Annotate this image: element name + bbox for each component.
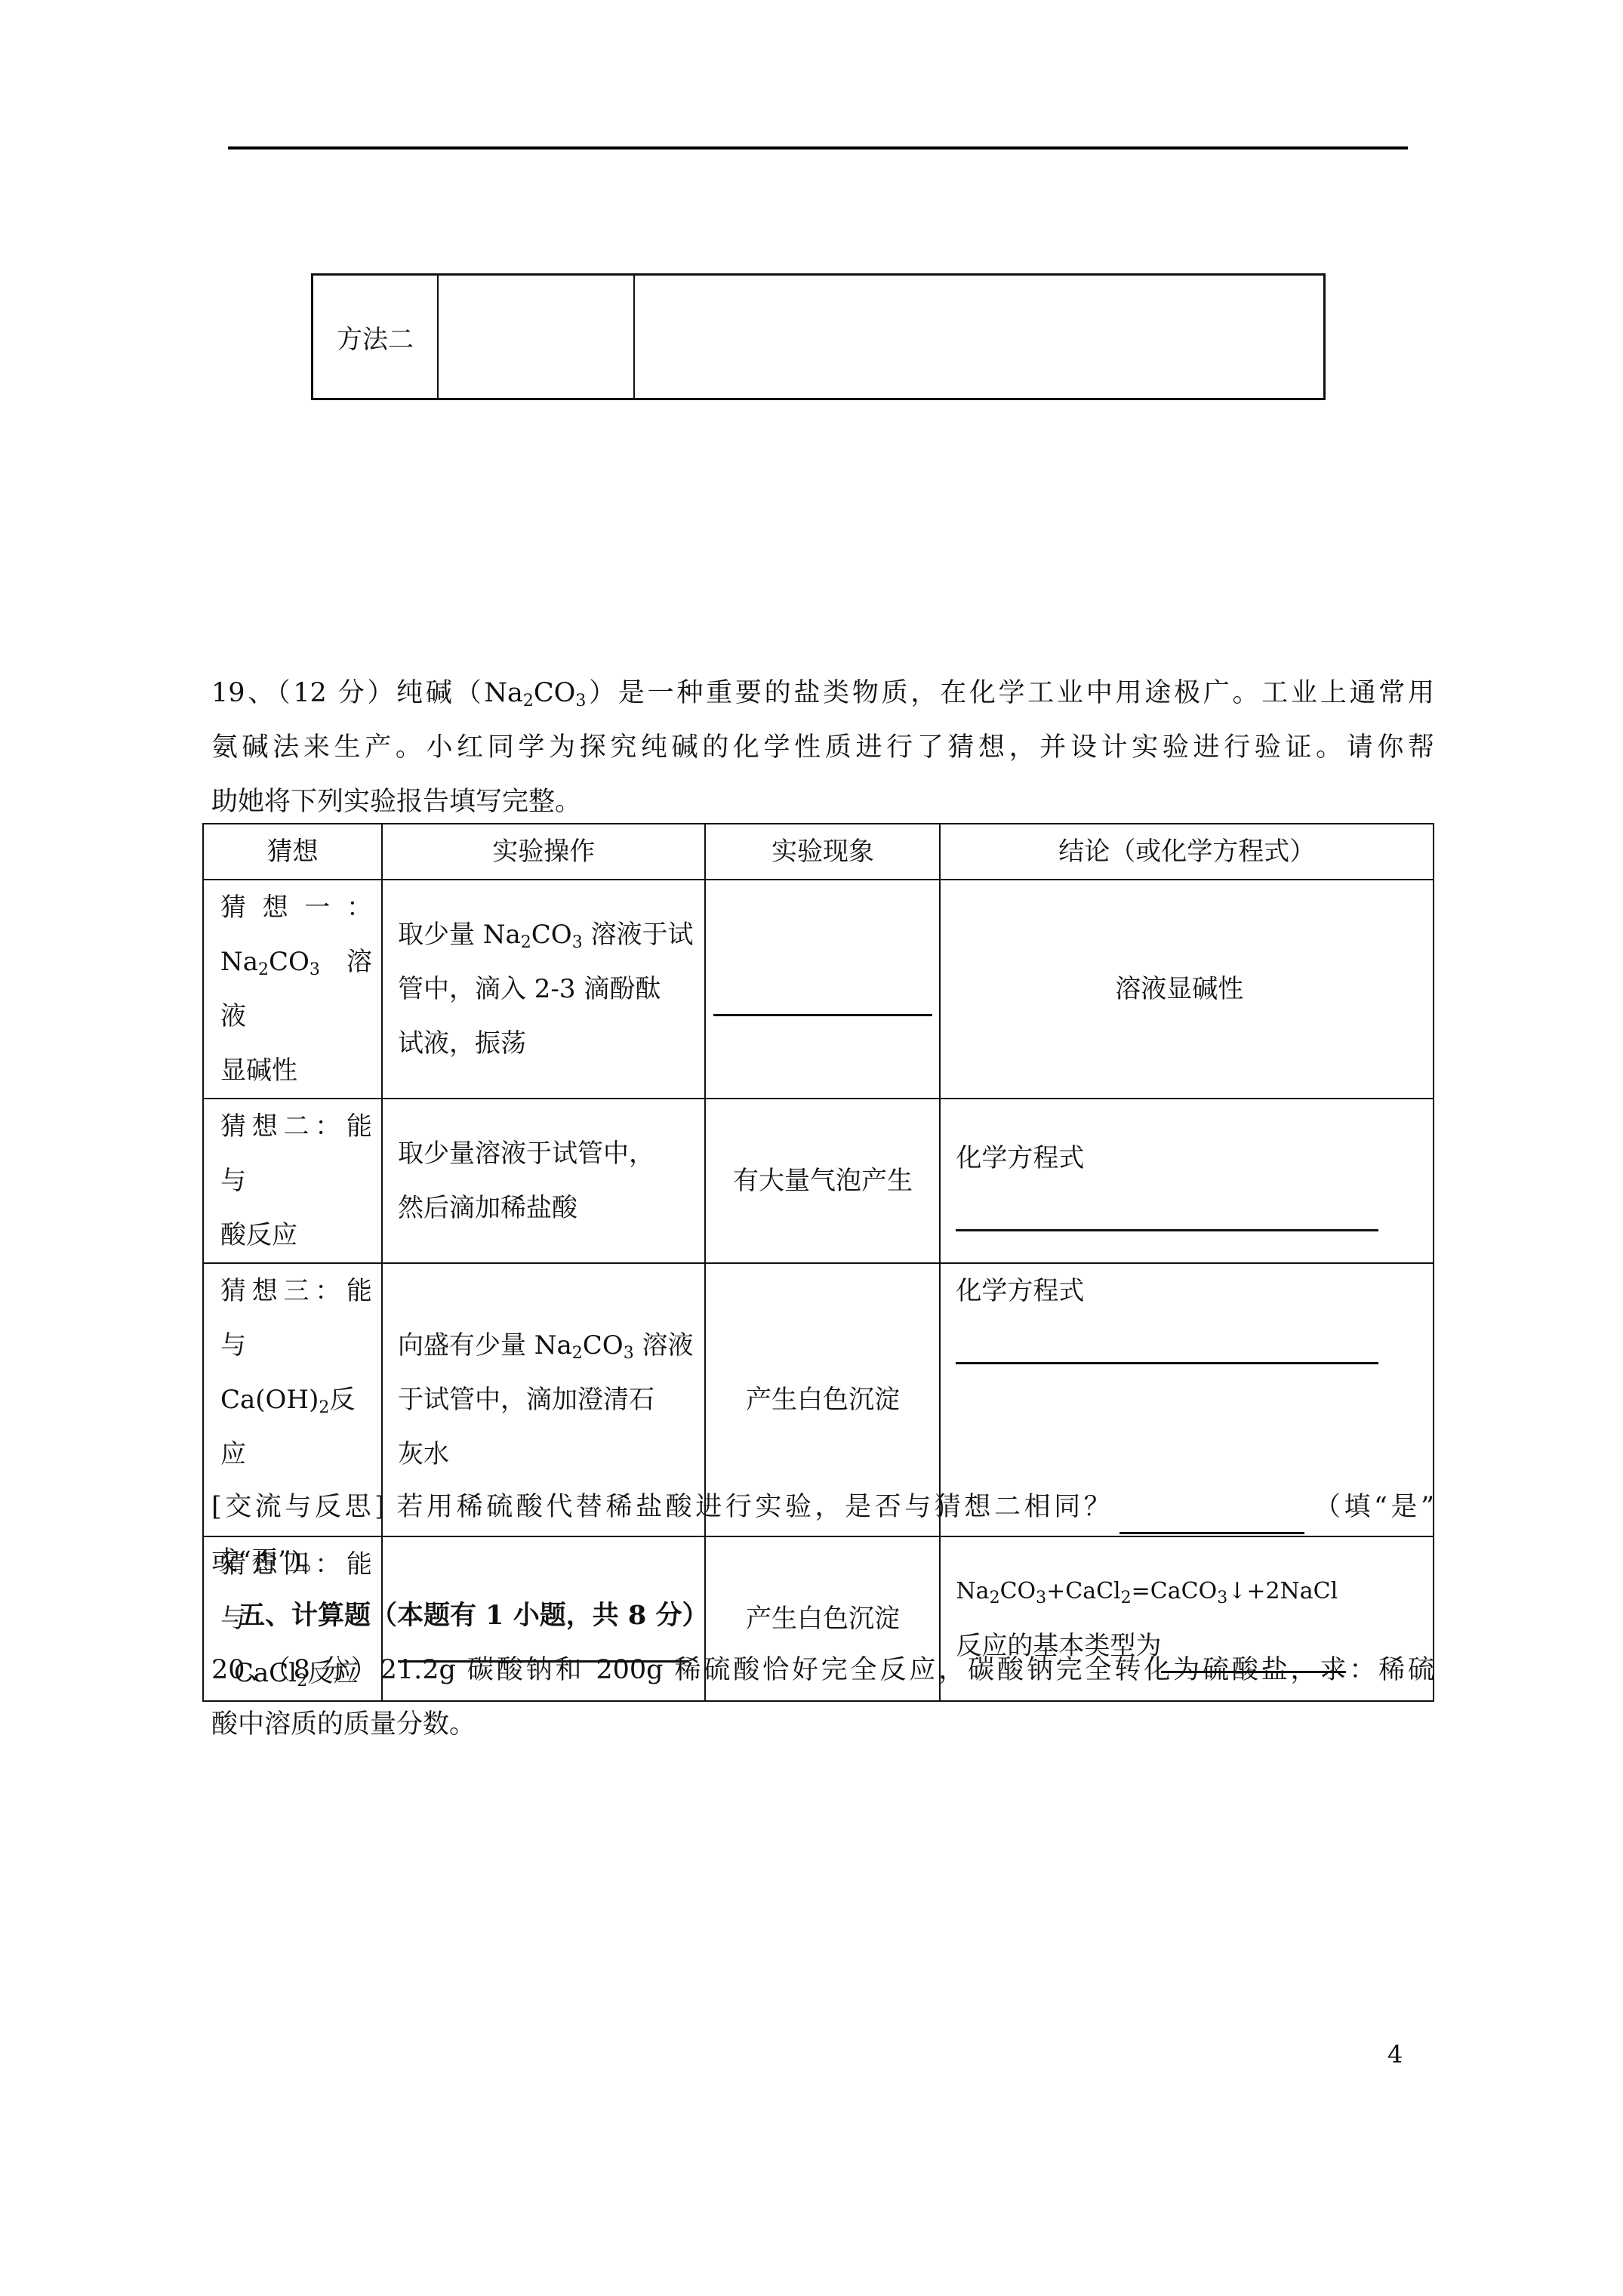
method-cell-1[interactable] [438,275,634,399]
header-operation: 实验操作 [382,824,706,880]
subscript: 3 [310,960,320,979]
text: CO [531,920,572,950]
question-19: 19、（12 分）纯碱（Na2CO3）是一种重要的盐类物质，在化学工业中用途极广… [211,666,1434,829]
subscript: 2 [572,1344,583,1363]
method-cell-2[interactable] [634,275,1325,399]
text: Ca(OH) [220,1385,319,1415]
header-phenomenon: 实验现象 [705,824,940,880]
phenomenon-1 [705,880,940,1099]
text: Na [220,947,258,977]
q19-line-3: 助她将下列实验报告填写完整。 [211,775,1434,829]
table-row: 猜想二：能与 酸反应 取少量溶液于试管中， 然后滴加稀盐酸 有大量气泡产生 化学… [203,1099,1434,1263]
equation-label: 化学方程式 [956,1264,1403,1318]
equation-3-answer-blank[interactable] [956,1318,1378,1364]
q19-line-2: 氨碱法来生产。小红同学为探究纯碱的化学性质进行了猜想，并设计实验进行验证。请你帮 [211,720,1434,775]
conclusion-1: 溶液显碱性 [940,880,1434,1099]
operation-3-line-1: 向盛有少量 Na2CO3 溶液 [398,1318,698,1373]
text: 溶液 [634,1330,694,1361]
subscript: 3 [624,1344,634,1363]
guess-3-line-2: Ca(OH)2反应 [220,1373,372,1481]
text: CO [583,1330,624,1361]
section-5-title: 五、计算题（本题有 1 小题，共 8 分） [239,1589,1461,1643]
method-table: 方法二 [311,273,1326,400]
subscript: 2 [258,960,269,979]
operation-1: 取少量 Na2CO3 溶液于试 管中，滴入 2-3 滴酚酞 试液，振荡 [382,880,706,1099]
guess-1-line-2: Na2CO3 溶 液 [220,935,372,1043]
header-conclusion: 结论（或化学方程式） [940,824,1434,880]
phenomenon-2: 有大量气泡产生 [705,1099,940,1263]
guess-1: 猜 想 一 ： Na2CO3 溶 液 显碱性 [203,880,382,1099]
reflection-text: [交流与反思] 若用稀硫酸代替稀盐酸进行实验，是否与猜想二相同？ [211,1492,1113,1522]
subscript: 3 [575,692,586,710]
text: 向盛有少量 Na [398,1330,572,1361]
subscript: 2 [523,692,534,710]
operation-2: 取少量溶液于试管中， 然后滴加稀盐酸 [382,1099,706,1263]
header-guess: 猜想 [203,824,382,880]
text: 溶液于试 [583,920,694,950]
equation-2-answer-blank[interactable] [956,1185,1378,1231]
equation-label: 化学方程式 [956,1131,1403,1185]
guess-2-line-2: 酸反应 [220,1208,372,1262]
conclusion-2: 化学方程式 [940,1099,1434,1263]
reflection-line-2: 或“否”)。 [211,1534,1434,1589]
operation-3-line-2: 于试管中，滴加澄清石 [398,1373,698,1427]
q20-line-1: 20、（8 分）21.2g 碳酸钠和 200g 稀硫酸恰好完全反应，碳酸钠完全转… [211,1643,1434,1697]
reflection: [交流与反思] 若用稀硫酸代替稀盐酸进行实验，是否与猜想二相同？（填“是” 或“… [211,1480,1434,1589]
header-rule [228,146,1408,149]
q19-text-a: 19、（12 分）纯碱（Na [211,678,523,708]
reflection-hint: （填“是” [1310,1492,1434,1522]
phenomenon-1-answer-blank[interactable] [713,976,932,1016]
q19-line-1: 19、（12 分）纯碱（Na2CO3）是一种重要的盐类物质，在化学工业中用途极广… [211,666,1434,720]
table-row: 猜 想 一 ： Na2CO3 溶 液 显碱性 取少量 Na2CO3 溶液于试 管… [203,880,1434,1099]
guess-1-line-3: 显碱性 [220,1043,372,1098]
operation-3-line-3: 灰水 [398,1427,698,1481]
guess-2-line-1: 猜想二：能与 [220,1099,372,1208]
subscript: 2 [521,933,531,952]
table-row: 方法二 [313,275,1325,399]
operation-1-line-1: 取少量 Na2CO3 溶液于试 [398,908,698,962]
page-number: 4 [1387,2040,1403,2069]
subscript: 2 [319,1398,329,1417]
operation-2-line-1: 取少量溶液于试管中， [398,1126,698,1181]
operation-1-line-3: 试液，振荡 [398,1016,698,1071]
q19-text-c: ）是一种重要的盐类物质，在化学工业中用途极广。工业上通常用 [586,678,1434,708]
operation-2-line-2: 然后滴加稀盐酸 [398,1181,698,1235]
subscript: 3 [572,933,583,952]
operation-1-line-2: 管中，滴入 2-3 滴酚酞 [398,962,698,1016]
guess-1-line-1: 猜 想 一 ： [220,880,372,935]
guess-2: 猜想二：能与 酸反应 [203,1099,382,1263]
reflection-line-1: [交流与反思] 若用稀硫酸代替稀盐酸进行实验，是否与猜想二相同？（填“是” [211,1480,1434,1534]
q20-line-2: 酸中溶质的质量分数。 [211,1697,1434,1752]
question-20: 20、（8 分）21.2g 碳酸钠和 200g 稀硫酸恰好完全反应，碳酸钠完全转… [211,1643,1434,1752]
reflection-answer-blank[interactable] [1119,1502,1304,1534]
guess-3-line-1: 猜想三：能与 [220,1264,372,1373]
table-header-row: 猜想 实验操作 实验现象 结论（或化学方程式） [203,824,1434,880]
text: 取少量 Na [398,920,521,950]
text: CO [269,947,310,977]
method-label: 方法二 [313,275,439,399]
q19-text-b: CO [534,678,575,708]
